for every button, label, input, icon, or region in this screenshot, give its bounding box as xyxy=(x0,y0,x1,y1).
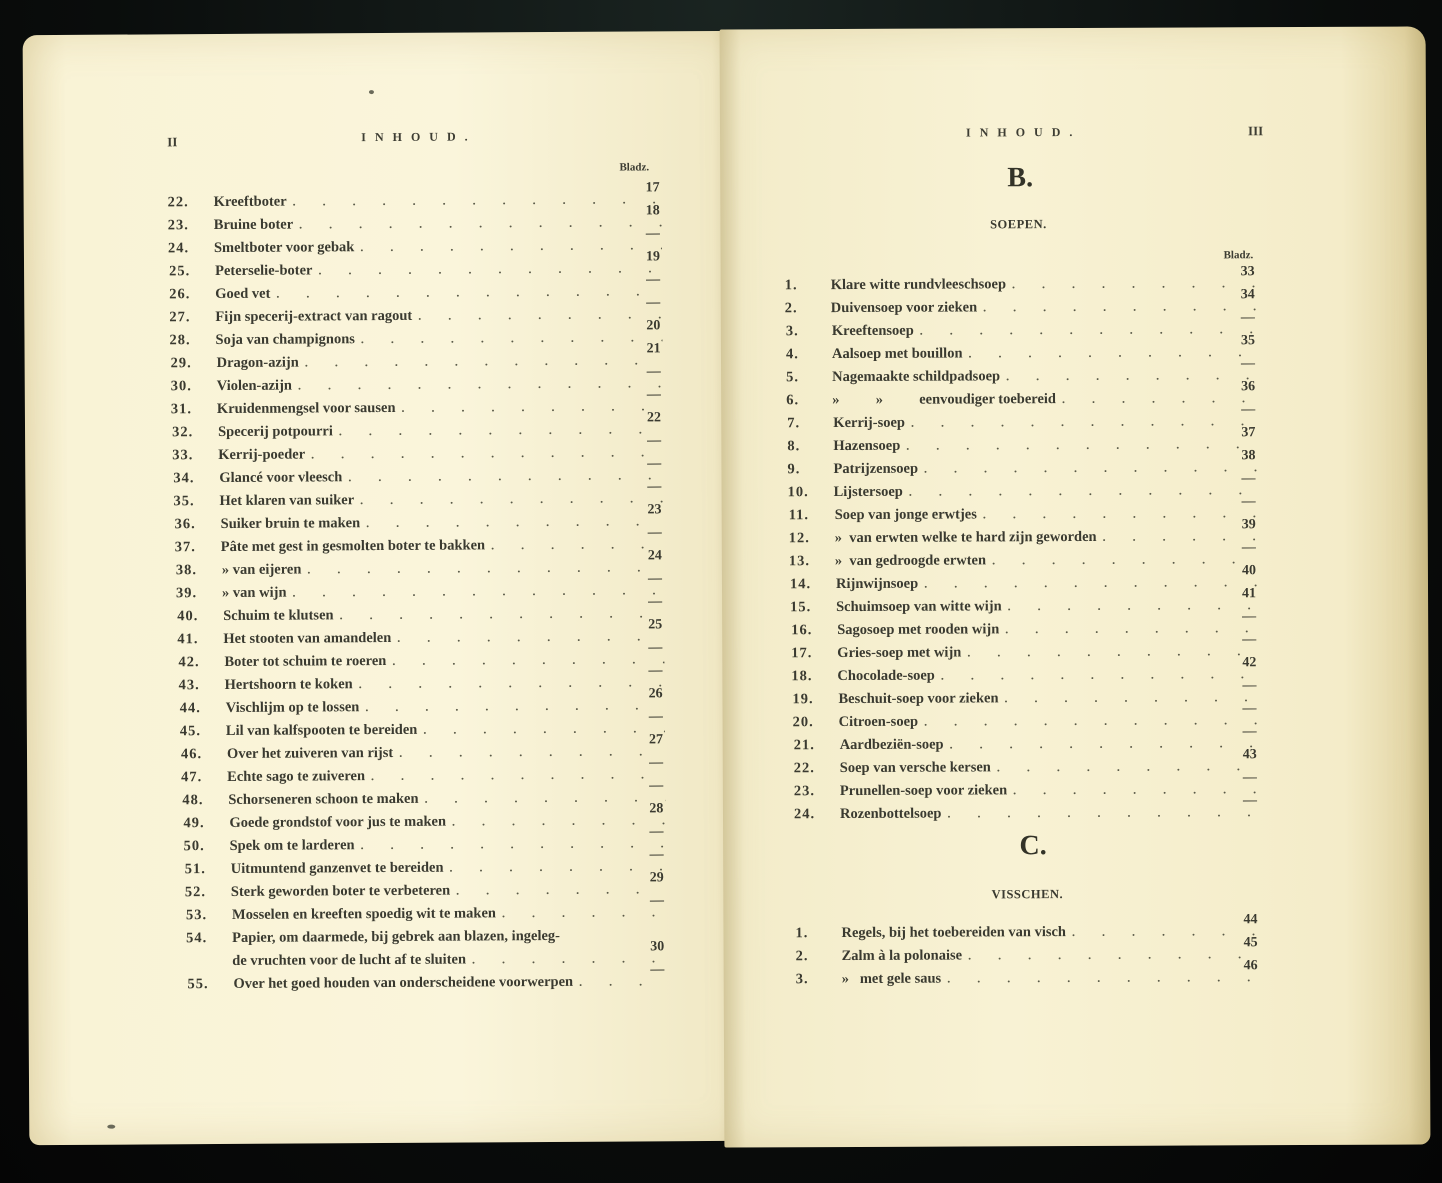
entry-title: Goede grondstof voor jus te maken xyxy=(229,814,446,832)
entry-title: Gries-soep met wijn xyxy=(837,644,961,662)
entry-number: 46. xyxy=(181,746,227,763)
ink-speck xyxy=(107,1125,115,1129)
entry-title: Aardbeziën-soep xyxy=(840,737,944,754)
entry-page: 33 xyxy=(1233,264,1263,280)
entry-page: 25 xyxy=(640,617,670,633)
entry-page: — xyxy=(641,755,671,771)
dot-leader xyxy=(452,813,666,829)
toc-entry: 20.Citroen-soep— xyxy=(793,712,1265,736)
dot-leader xyxy=(311,445,663,462)
entry-page: 28 xyxy=(641,801,671,817)
entry-title: » met gele saus xyxy=(842,971,942,988)
toc-list: 22.Kreeftboter17 23.Bruine boter18 24.Sm… xyxy=(168,191,668,194)
toc-entry: 1.Regels, bij het toebereiden van visch4… xyxy=(795,923,1265,947)
running-head: INHOUD. xyxy=(966,125,1081,141)
entry-page: — xyxy=(1235,701,1265,717)
toc-entry: 17.Gries-soep met wijn— xyxy=(791,643,1264,667)
entry-number: 25. xyxy=(169,263,215,280)
toc-entry: 26.Goed vet— xyxy=(169,283,668,308)
entry-title: Soja van champignons xyxy=(215,331,355,349)
entry-number: 12. xyxy=(789,530,835,547)
entry-title: Spek om te larderen xyxy=(230,837,355,855)
toc-entry: 53.Mosselen en kreeften spoedig wit te m… xyxy=(186,904,672,929)
dot-leader xyxy=(1012,276,1257,292)
entry-title: Papier, om daarmede, bij gebrek aan blaz… xyxy=(232,928,560,947)
entry-title: Aalsoep met bouillon xyxy=(832,345,963,363)
entry-title: Over het zuiveren van rijst xyxy=(227,745,393,763)
entry-page: — xyxy=(639,433,669,449)
entry-number: 37. xyxy=(175,539,221,556)
running-head: INHOUD. xyxy=(361,129,476,145)
entry-number: 35. xyxy=(173,493,219,510)
section-letter-c: C. xyxy=(973,830,1093,863)
entry-number: 24. xyxy=(794,806,840,823)
entry-page: — xyxy=(642,847,672,863)
dot-leader xyxy=(299,215,662,232)
toc-entry: 28.Soja van champignons20 xyxy=(169,329,668,354)
entry-title: Goed vet xyxy=(215,286,270,303)
entry-title: Fijn specerij-extract van ragout xyxy=(215,308,412,326)
entry-number: 55. xyxy=(187,976,233,993)
dot-leader xyxy=(472,951,666,967)
toc-entry: 18.Chocolade-soep42 xyxy=(791,666,1264,690)
toc-entry: 29.Dragon-azijn21 xyxy=(171,352,669,377)
toc-entry: 2.Zalm à la polonaise45 xyxy=(796,946,1266,970)
entry-page: 22 xyxy=(639,410,669,426)
entry-page: — xyxy=(640,525,670,541)
toc-entry: 22.Soep van versche kersen43 xyxy=(794,758,1265,782)
toc-entry: 1.Klare witte rundvleeschsoep33 xyxy=(785,275,1263,299)
entry-number: 3. xyxy=(796,971,842,988)
entry-title: Pâte met gest in gesmolten boter te bakk… xyxy=(221,537,485,556)
entry-number: 20. xyxy=(793,714,839,731)
dot-leader xyxy=(1008,598,1259,614)
entry-page: — xyxy=(641,709,671,725)
dot-leader xyxy=(1072,924,1260,940)
entry-title: Kreeftboter xyxy=(214,194,287,211)
entry-page: 19 xyxy=(638,249,668,265)
entry-title: Zalm à la polonaise xyxy=(842,947,963,965)
entry-number: 31. xyxy=(171,401,217,418)
toc-entry: 36.Suiker bruin te maken23 xyxy=(175,513,670,538)
entry-number: 38. xyxy=(176,562,222,579)
entry-page: 40 xyxy=(1234,563,1264,579)
page-number: II xyxy=(167,134,177,150)
entry-title: Glancé voor vleesch xyxy=(219,469,342,487)
entry-page: — xyxy=(639,364,669,380)
entry-title: Het klaren van suiker xyxy=(219,492,354,510)
entry-title: Boter tot schuim te roeren xyxy=(224,653,386,671)
entry-title: » van gedroogde erwten xyxy=(835,552,986,570)
entry-page: 42 xyxy=(1234,655,1264,671)
entry-page: 35 xyxy=(1233,333,1263,349)
toc-entry: 24.Smeltboter voor gebak— xyxy=(168,237,668,262)
entry-number: 36. xyxy=(175,516,221,533)
entry-page: 27 xyxy=(641,732,671,748)
toc-entry: 3.Kreeftensoep— xyxy=(786,321,1263,345)
entry-number: 27. xyxy=(169,309,215,326)
dot-leader xyxy=(992,552,1258,568)
entry-title: Kerrij-soep xyxy=(833,415,905,432)
entry-page: — xyxy=(641,778,671,794)
dot-leader xyxy=(276,284,662,301)
entry-title: Lijstersoep xyxy=(834,484,903,501)
dot-leader xyxy=(340,606,665,623)
toc-entry: 15.Schuimsoep van witte wijn41 xyxy=(790,597,1264,621)
entry-number: 4. xyxy=(786,346,832,363)
entry-number: 47. xyxy=(181,769,227,786)
dot-leader xyxy=(1006,368,1257,384)
entry-title: Rozenbottelsoep xyxy=(840,806,942,823)
dot-leader xyxy=(397,629,664,646)
entry-page: — xyxy=(641,824,671,840)
entry-number: 28. xyxy=(169,332,215,349)
entry-page: — xyxy=(638,295,668,311)
entry-title: Citroen-soep xyxy=(839,714,919,731)
entry-number: 1. xyxy=(785,277,831,294)
dot-leader xyxy=(361,330,663,347)
entry-page: 17 xyxy=(638,180,668,196)
entry-title: Hazensoep xyxy=(833,438,900,455)
toc-entry: 16.Sagosoep met rooden wijn— xyxy=(791,620,1264,644)
dot-leader xyxy=(924,460,1257,476)
left-page: II INHOUD. Bladz. 22.Kreeftboter17 23.Br… xyxy=(23,31,748,1145)
entry-number: 33. xyxy=(172,447,218,464)
dot-leader xyxy=(967,644,1258,660)
entry-page: 37 xyxy=(1233,425,1263,441)
entry-title: Nagemaakte schildpadsoep xyxy=(832,368,1000,386)
entry-title: » van wijn xyxy=(222,585,287,602)
dot-leader xyxy=(298,376,663,393)
dot-leader xyxy=(1004,690,1258,706)
entry-page: — xyxy=(640,594,670,610)
entry-page: — xyxy=(1234,632,1264,648)
entry-title: Kreeftensoep xyxy=(832,323,914,340)
toc-entry: 6.» » eenvoudiger toebereid36 xyxy=(786,390,1263,414)
toc-entry: 39.» van wijn— xyxy=(176,582,670,607)
toc-entry: 40.Schuim te klutsen— xyxy=(177,605,670,630)
dot-leader xyxy=(360,491,663,508)
entry-title: Vischlijm op te lossen xyxy=(226,699,360,717)
entry-page: — xyxy=(1235,770,1265,786)
entry-title: Uitmuntend ganzenvet te bereiden xyxy=(231,860,444,878)
dot-leader xyxy=(947,970,1260,986)
toc-entry: 21.Aardbeziën-soep— xyxy=(794,735,1265,759)
entry-page: — xyxy=(639,479,669,495)
entry-page: — xyxy=(640,571,670,587)
toc-entry: 55.Over het goed houden van onderscheide… xyxy=(187,973,672,998)
entry-number: 10. xyxy=(788,484,834,501)
dot-leader xyxy=(947,805,1259,821)
entry-number: 45. xyxy=(180,723,226,740)
entry-title: Patrijzensoep xyxy=(833,461,918,478)
entry-title: Echte sago te zuiveren xyxy=(227,768,365,786)
entry-number: 41. xyxy=(177,631,223,648)
right-page: INHOUD. III B. SOEPEN. Bladz. 1.Klare wi… xyxy=(720,26,1431,1147)
entry-number: 44. xyxy=(180,700,226,717)
entry-page: — xyxy=(1235,724,1265,740)
dot-leader xyxy=(924,575,1258,591)
toc-entry: 37.Pâte met gest in gesmolten boter te b… xyxy=(175,536,670,561)
entry-page: 20 xyxy=(638,318,668,334)
toc-entry: 42.Boter tot schuim te roeren— xyxy=(178,651,670,676)
dot-leader xyxy=(456,882,666,898)
entry-number: 22. xyxy=(794,760,840,777)
entry-page: — xyxy=(639,456,669,472)
entry-number: 24. xyxy=(168,240,214,257)
entry-title: Bruine boter xyxy=(214,217,293,234)
entry-title: de vruchten voor de lucht af te sluiten xyxy=(232,952,466,970)
entry-title: Sterk geworden boter te verbeteren xyxy=(231,883,450,901)
entry-number: 39. xyxy=(176,585,222,602)
toc-entry: 23.Bruine boter18 xyxy=(168,214,668,239)
dot-leader xyxy=(392,652,664,669)
entry-title: Lil van kalfspooten te bereiden xyxy=(226,722,418,740)
toc-entry: 11.Soep van jonge erwtjes— xyxy=(789,505,1264,529)
dot-leader xyxy=(968,947,1260,963)
entry-title: Soep van versche kersen xyxy=(840,759,991,777)
entry-page: 39 xyxy=(1234,517,1264,533)
entry-number: 18. xyxy=(791,668,837,685)
toc-entry: 4.Aalsoep met bouillon35 xyxy=(786,344,1263,368)
entry-number: 7. xyxy=(787,415,833,432)
dot-leader xyxy=(491,537,664,553)
entry-number: 51. xyxy=(185,861,231,878)
dot-leader xyxy=(906,437,1257,454)
entry-title: Suiker bruin te maken xyxy=(221,515,361,533)
entry-page: — xyxy=(1234,540,1264,556)
entry-title: Specerij potpourri xyxy=(218,423,333,441)
dot-leader xyxy=(909,483,1258,500)
entry-title: Het stooten van amandelen xyxy=(223,630,391,648)
dot-leader xyxy=(339,422,663,439)
toc-entry: 44.Vischlijm op te lossen26 xyxy=(180,697,671,722)
toc-entry: 9.Patrijzensoep38 xyxy=(787,459,1263,483)
entry-number: 22. xyxy=(168,194,214,211)
entry-page: — xyxy=(642,962,672,978)
entry-page: 34 xyxy=(1233,287,1263,303)
entry-title: Hertshoorn te koken xyxy=(225,676,353,694)
entry-page: 18 xyxy=(638,203,668,219)
entry-title: Klare witte rundvleeschsoep xyxy=(831,276,1006,294)
section-title-visschen: VISSCHEN. xyxy=(927,887,1127,903)
entry-number: 23. xyxy=(168,217,214,234)
entry-page: — xyxy=(1234,494,1264,510)
dot-leader xyxy=(1062,391,1257,407)
dot-leader xyxy=(365,698,664,715)
dot-leader xyxy=(366,514,664,531)
dot-leader xyxy=(968,345,1257,361)
toc-entry: 38.» van eijeren24 xyxy=(176,559,670,584)
entry-number: 2. xyxy=(796,948,842,965)
entry-page: — xyxy=(1235,793,1265,809)
toc-entry: 14.Rijnwijnsoep40 xyxy=(790,574,1264,598)
entry-number: 34. xyxy=(173,470,219,487)
entry-page: — xyxy=(640,640,670,656)
entry-page: 44 xyxy=(1235,912,1265,928)
entry-title: Schuimsoep van witte wijn xyxy=(836,598,1002,616)
entry-page: 41 xyxy=(1234,586,1264,602)
dot-leader xyxy=(307,560,664,577)
entry-page: 43 xyxy=(1235,747,1265,763)
entry-number: 43. xyxy=(179,677,225,694)
section-letter-b: B. xyxy=(960,162,1080,195)
entry-page: 36 xyxy=(1233,379,1263,395)
dot-leader xyxy=(305,353,663,370)
dot-leader xyxy=(950,736,1259,752)
toc-entry: 50.Spek om te larderen— xyxy=(184,835,672,860)
entry-number: 49. xyxy=(183,815,229,832)
entry-number: 32. xyxy=(172,424,218,441)
entry-page: — xyxy=(1233,310,1263,326)
entry-number: 26. xyxy=(169,286,215,303)
entry-title: » van erwten welke te hard zijn geworden xyxy=(835,529,1097,547)
dot-leader xyxy=(401,399,662,416)
dot-leader xyxy=(1005,621,1258,637)
entry-number: 13. xyxy=(789,553,835,570)
toc-entry: 45.Lil van kalfspooten te bereiden— xyxy=(180,720,671,745)
dot-leader xyxy=(983,299,1257,315)
dot-leader xyxy=(348,468,663,485)
toc-entry: 3.» met gele saus46 xyxy=(796,969,1266,993)
entry-title: Prunellen-soep voor zieken xyxy=(840,782,1007,800)
entry-page: 23 xyxy=(639,502,669,518)
entry-number: 54. xyxy=(186,930,232,947)
entry-number: 14. xyxy=(790,576,836,593)
toc-entry: 33.Kerrij-poeder— xyxy=(172,444,669,469)
entry-title: Kerrij-poeder xyxy=(218,446,305,464)
dot-leader xyxy=(920,322,1257,338)
toc-entry: 25.Peterselie-boter19 xyxy=(169,260,668,285)
entry-page: 26 xyxy=(641,686,671,702)
entry-page: 24 xyxy=(640,548,670,564)
entry-number: 16. xyxy=(791,622,837,639)
entry-title: » van eijeren xyxy=(222,562,302,579)
toc-entry: 12.» van erwten welke te hard zijn gewor… xyxy=(789,528,1264,552)
toc-entry: 19.Beschuit-soep voor zieken— xyxy=(792,689,1264,713)
entry-title: Soep van jonge erwtjes xyxy=(835,506,977,524)
entry-number: 1. xyxy=(795,925,841,942)
toc-entry: 13.» van gedroogde erwten— xyxy=(789,551,1264,575)
entry-title: Mosselen en kreeften spoedig wit te make… xyxy=(232,905,496,924)
toc-list-visschen: 1.Regels, bij het toebereiden van visch4… xyxy=(795,923,1275,925)
entry-number: 40. xyxy=(177,608,223,625)
entry-page: — xyxy=(1233,471,1263,487)
entry-title: Peterselie-boter xyxy=(215,262,313,280)
toc-entry: 51.Uitmuntend ganzenvet te bereiden— xyxy=(185,858,672,883)
entry-number: 9. xyxy=(787,461,833,478)
entry-page: — xyxy=(1233,356,1263,372)
section-title-soepen: SOEPEN. xyxy=(918,217,1118,233)
entry-number: 6. xyxy=(786,392,832,409)
dot-leader xyxy=(941,667,1259,683)
entry-title: Dragon-azijn xyxy=(217,355,299,373)
entry-number: 15. xyxy=(790,599,836,616)
entry-title: Schorseneren schoon te maken xyxy=(228,791,418,809)
entry-page: — xyxy=(642,893,672,909)
toc-entry: 31.Kruidenmengsel voor sausen— xyxy=(171,398,669,423)
entry-title: Chocolade-soep xyxy=(837,668,935,685)
toc-entry: 46.Over het zuiveren van rijst27 xyxy=(181,743,671,768)
entry-number: 11. xyxy=(789,507,835,524)
entry-title: Schuim te klutsen xyxy=(223,607,333,625)
entry-page: 30 xyxy=(642,939,672,955)
entry-page: 21 xyxy=(638,341,668,357)
toc-entry: 30.Violen-azijn— xyxy=(171,375,669,400)
entry-title: Sagosoep met rooden wijn xyxy=(837,621,999,639)
dot-leader xyxy=(423,721,665,737)
dot-leader xyxy=(449,859,665,875)
entry-page: — xyxy=(638,226,668,242)
toc-entry: 52.Sterk geworden boter te verbeteren29 xyxy=(185,881,672,906)
dot-leader xyxy=(293,192,662,209)
entry-page: — xyxy=(1234,609,1264,625)
entry-number: 8. xyxy=(787,438,833,455)
entry-number: 53. xyxy=(186,907,232,924)
entry-number: 17. xyxy=(791,645,837,662)
entry-title: Kruidenmengsel voor sausen xyxy=(217,400,396,418)
page-number: III xyxy=(1248,123,1263,139)
entry-number: 21. xyxy=(794,737,840,754)
entry-title: Smeltboter voor gebak xyxy=(214,239,355,257)
dot-leader xyxy=(1013,782,1259,798)
dot-leader xyxy=(399,744,665,761)
dot-leader xyxy=(911,414,1257,431)
entry-title: Violen-azijn xyxy=(217,378,292,395)
entry-title: Over het goed houden van onderscheidene … xyxy=(233,974,573,993)
entry-page: — xyxy=(1233,402,1263,418)
entry-page: 29 xyxy=(642,870,672,886)
toc-entry-continued: de vruchten voor de lucht af te sluiten3… xyxy=(186,950,672,975)
page-column-label: Bladz. xyxy=(1224,249,1254,261)
toc-entry: 47.Echte sago te zuiveren— xyxy=(181,766,671,791)
toc-entry: 8.Hazensoep37 xyxy=(787,436,1263,460)
toc-entry: 2.Duivensoep voor zieken34 xyxy=(785,298,1263,322)
entry-number: 5. xyxy=(786,369,832,386)
entry-page: 46 xyxy=(1236,958,1266,974)
toc-list-soepen: 1.Klare witte rundvleeschsoep33 2.Duiven… xyxy=(785,275,1275,277)
dot-leader xyxy=(318,261,662,278)
dot-leader xyxy=(424,790,665,806)
toc-entry: 43.Hertshoorn te koken— xyxy=(179,674,671,699)
dot-leader xyxy=(360,238,662,255)
entry-number: 23. xyxy=(794,783,840,800)
toc-entry: 41.Het stooten van amandelen25 xyxy=(177,628,670,653)
entry-page: — xyxy=(639,387,669,403)
page-column-label: Bladz. xyxy=(619,161,649,173)
entry-title: » » eenvoudiger toebereid xyxy=(832,391,1056,409)
entry-number: 29. xyxy=(171,355,217,372)
toc-entry: 7.Kerrij-soep— xyxy=(787,413,1263,437)
toc-entry: 49.Goede grondstof voor jus te maken28 xyxy=(183,812,671,837)
ink-speck xyxy=(369,90,374,94)
entry-number: 19. xyxy=(792,691,838,708)
entry-title: Beschuit-soep voor zieken xyxy=(838,690,998,708)
dot-leader xyxy=(292,583,664,600)
entry-number: 3. xyxy=(786,323,832,340)
toc-entry: 32.Specerij potpourri22 xyxy=(172,421,669,446)
entry-page: — xyxy=(1234,678,1264,694)
entry-number: 2. xyxy=(785,300,831,317)
toc-entry: 35.Het klaren van suiker— xyxy=(173,490,669,515)
toc-entry: 48.Schorseneren schoon te maken— xyxy=(182,789,671,814)
entry-number: 42. xyxy=(178,654,224,671)
entry-number: 48. xyxy=(182,792,228,809)
toc-entry: 27.Fijn specerij-extract van ragout— xyxy=(169,306,668,331)
dot-leader xyxy=(359,675,665,692)
entry-title: Regels, bij het toebereiden van visch xyxy=(841,924,1066,942)
dot-leader xyxy=(361,836,666,853)
